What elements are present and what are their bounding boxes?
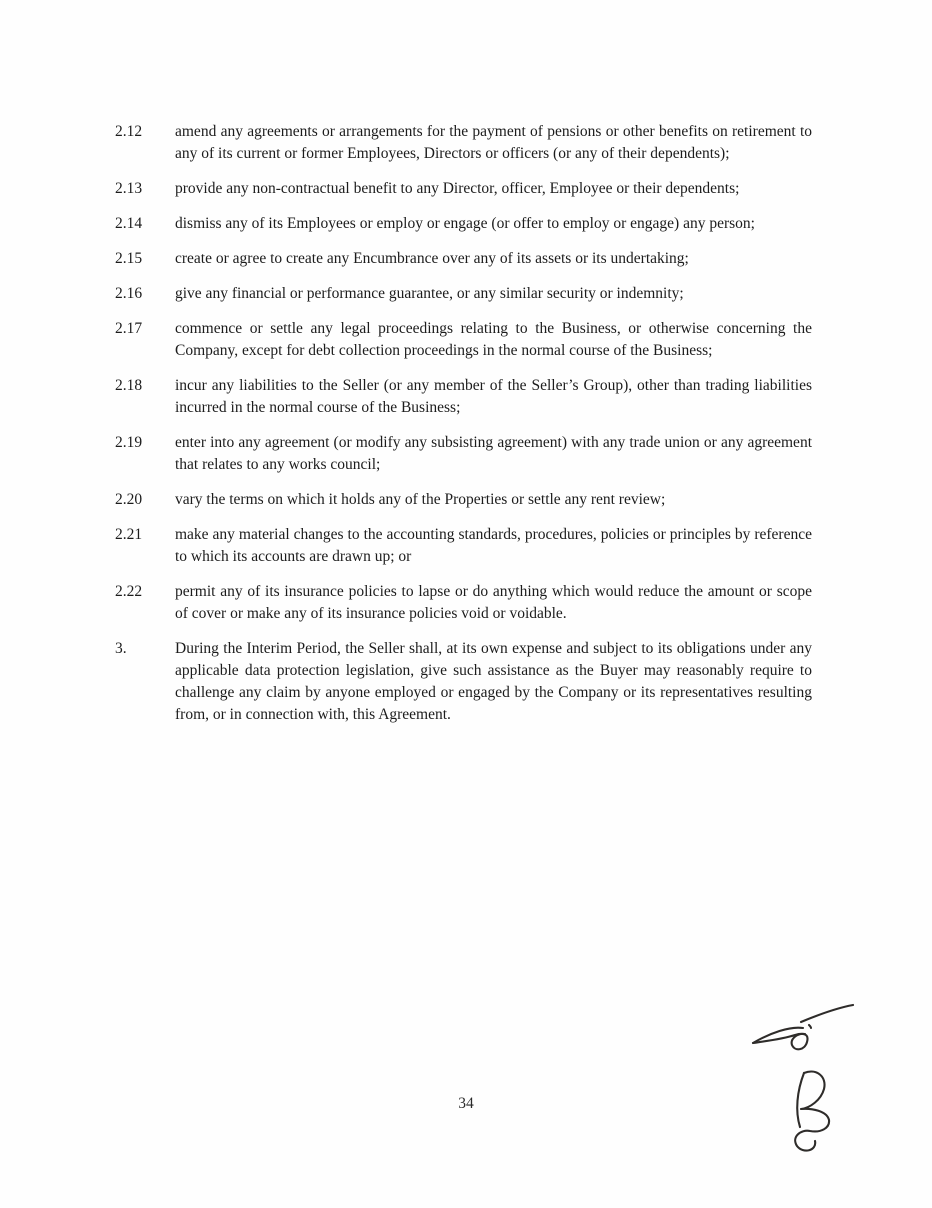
clause-number: 2.16 xyxy=(115,283,175,305)
clause-text: amend any agreements or arrangements for… xyxy=(175,121,812,165)
clause-number: 2.14 xyxy=(115,213,175,235)
clause-text: permit any of its insurance policies to … xyxy=(175,581,812,625)
clause-item: 2.14dismiss any of its Employees or empl… xyxy=(115,213,812,235)
clause-text: During the Interim Period, the Seller sh… xyxy=(175,638,812,726)
clause-number: 2.22 xyxy=(115,581,175,625)
clause-number: 2.18 xyxy=(115,375,175,419)
clause-item: 2.19enter into any agreement (or modify … xyxy=(115,432,812,476)
clause-list: 2.12amend any agreements or arrangements… xyxy=(115,121,812,739)
clause-item: 2.18incur any liabilities to the Seller … xyxy=(115,375,812,419)
clause-item: 2.15create or agree to create any Encumb… xyxy=(115,248,812,270)
clause-item: 2.13provide any non-contractual benefit … xyxy=(115,178,812,200)
page-number: 34 xyxy=(0,1095,932,1113)
clause-number: 2.12 xyxy=(115,121,175,165)
clause-number: 2.19 xyxy=(115,432,175,476)
clause-text: incur any liabilities to the Seller (or … xyxy=(175,375,812,419)
scanned-contract-page: 2.12amend any agreements or arrangements… xyxy=(0,0,932,1208)
clause-item: 2.21make any material changes to the acc… xyxy=(115,524,812,568)
clause-number: 2.17 xyxy=(115,318,175,362)
clause-text: give any financial or performance guaran… xyxy=(175,283,812,305)
clause-number: 2.20 xyxy=(115,489,175,511)
clause-number: 2.13 xyxy=(115,178,175,200)
clause-text: make any material changes to the account… xyxy=(175,524,812,568)
clause-text: vary the terms on which it holds any of … xyxy=(175,489,812,511)
clause-text: create or agree to create any Encumbranc… xyxy=(175,248,812,270)
clause-number: 2.15 xyxy=(115,248,175,270)
signature-block xyxy=(745,995,875,1165)
clause-text: commence or settle any legal proceedings… xyxy=(175,318,812,362)
clause-item: 3.During the Interim Period, the Seller … xyxy=(115,638,812,726)
signature-initial-icon xyxy=(777,1067,841,1159)
clause-item: 2.22permit any of its insurance policies… xyxy=(115,581,812,625)
clause-number: 2.21 xyxy=(115,524,175,568)
clause-item: 2.20vary the terms on which it holds any… xyxy=(115,489,812,511)
clause-number: 3. xyxy=(115,638,175,726)
clause-text: provide any non-contractual benefit to a… xyxy=(175,178,812,200)
clause-item: 2.16give any financial or performance gu… xyxy=(115,283,812,305)
signature-flourish-icon xyxy=(745,995,860,1067)
clause-text: dismiss any of its Employees or employ o… xyxy=(175,213,812,235)
clause-item: 2.12amend any agreements or arrangements… xyxy=(115,121,812,165)
clause-text: enter into any agreement (or modify any … xyxy=(175,432,812,476)
clause-item: 2.17commence or settle any legal proceed… xyxy=(115,318,812,362)
